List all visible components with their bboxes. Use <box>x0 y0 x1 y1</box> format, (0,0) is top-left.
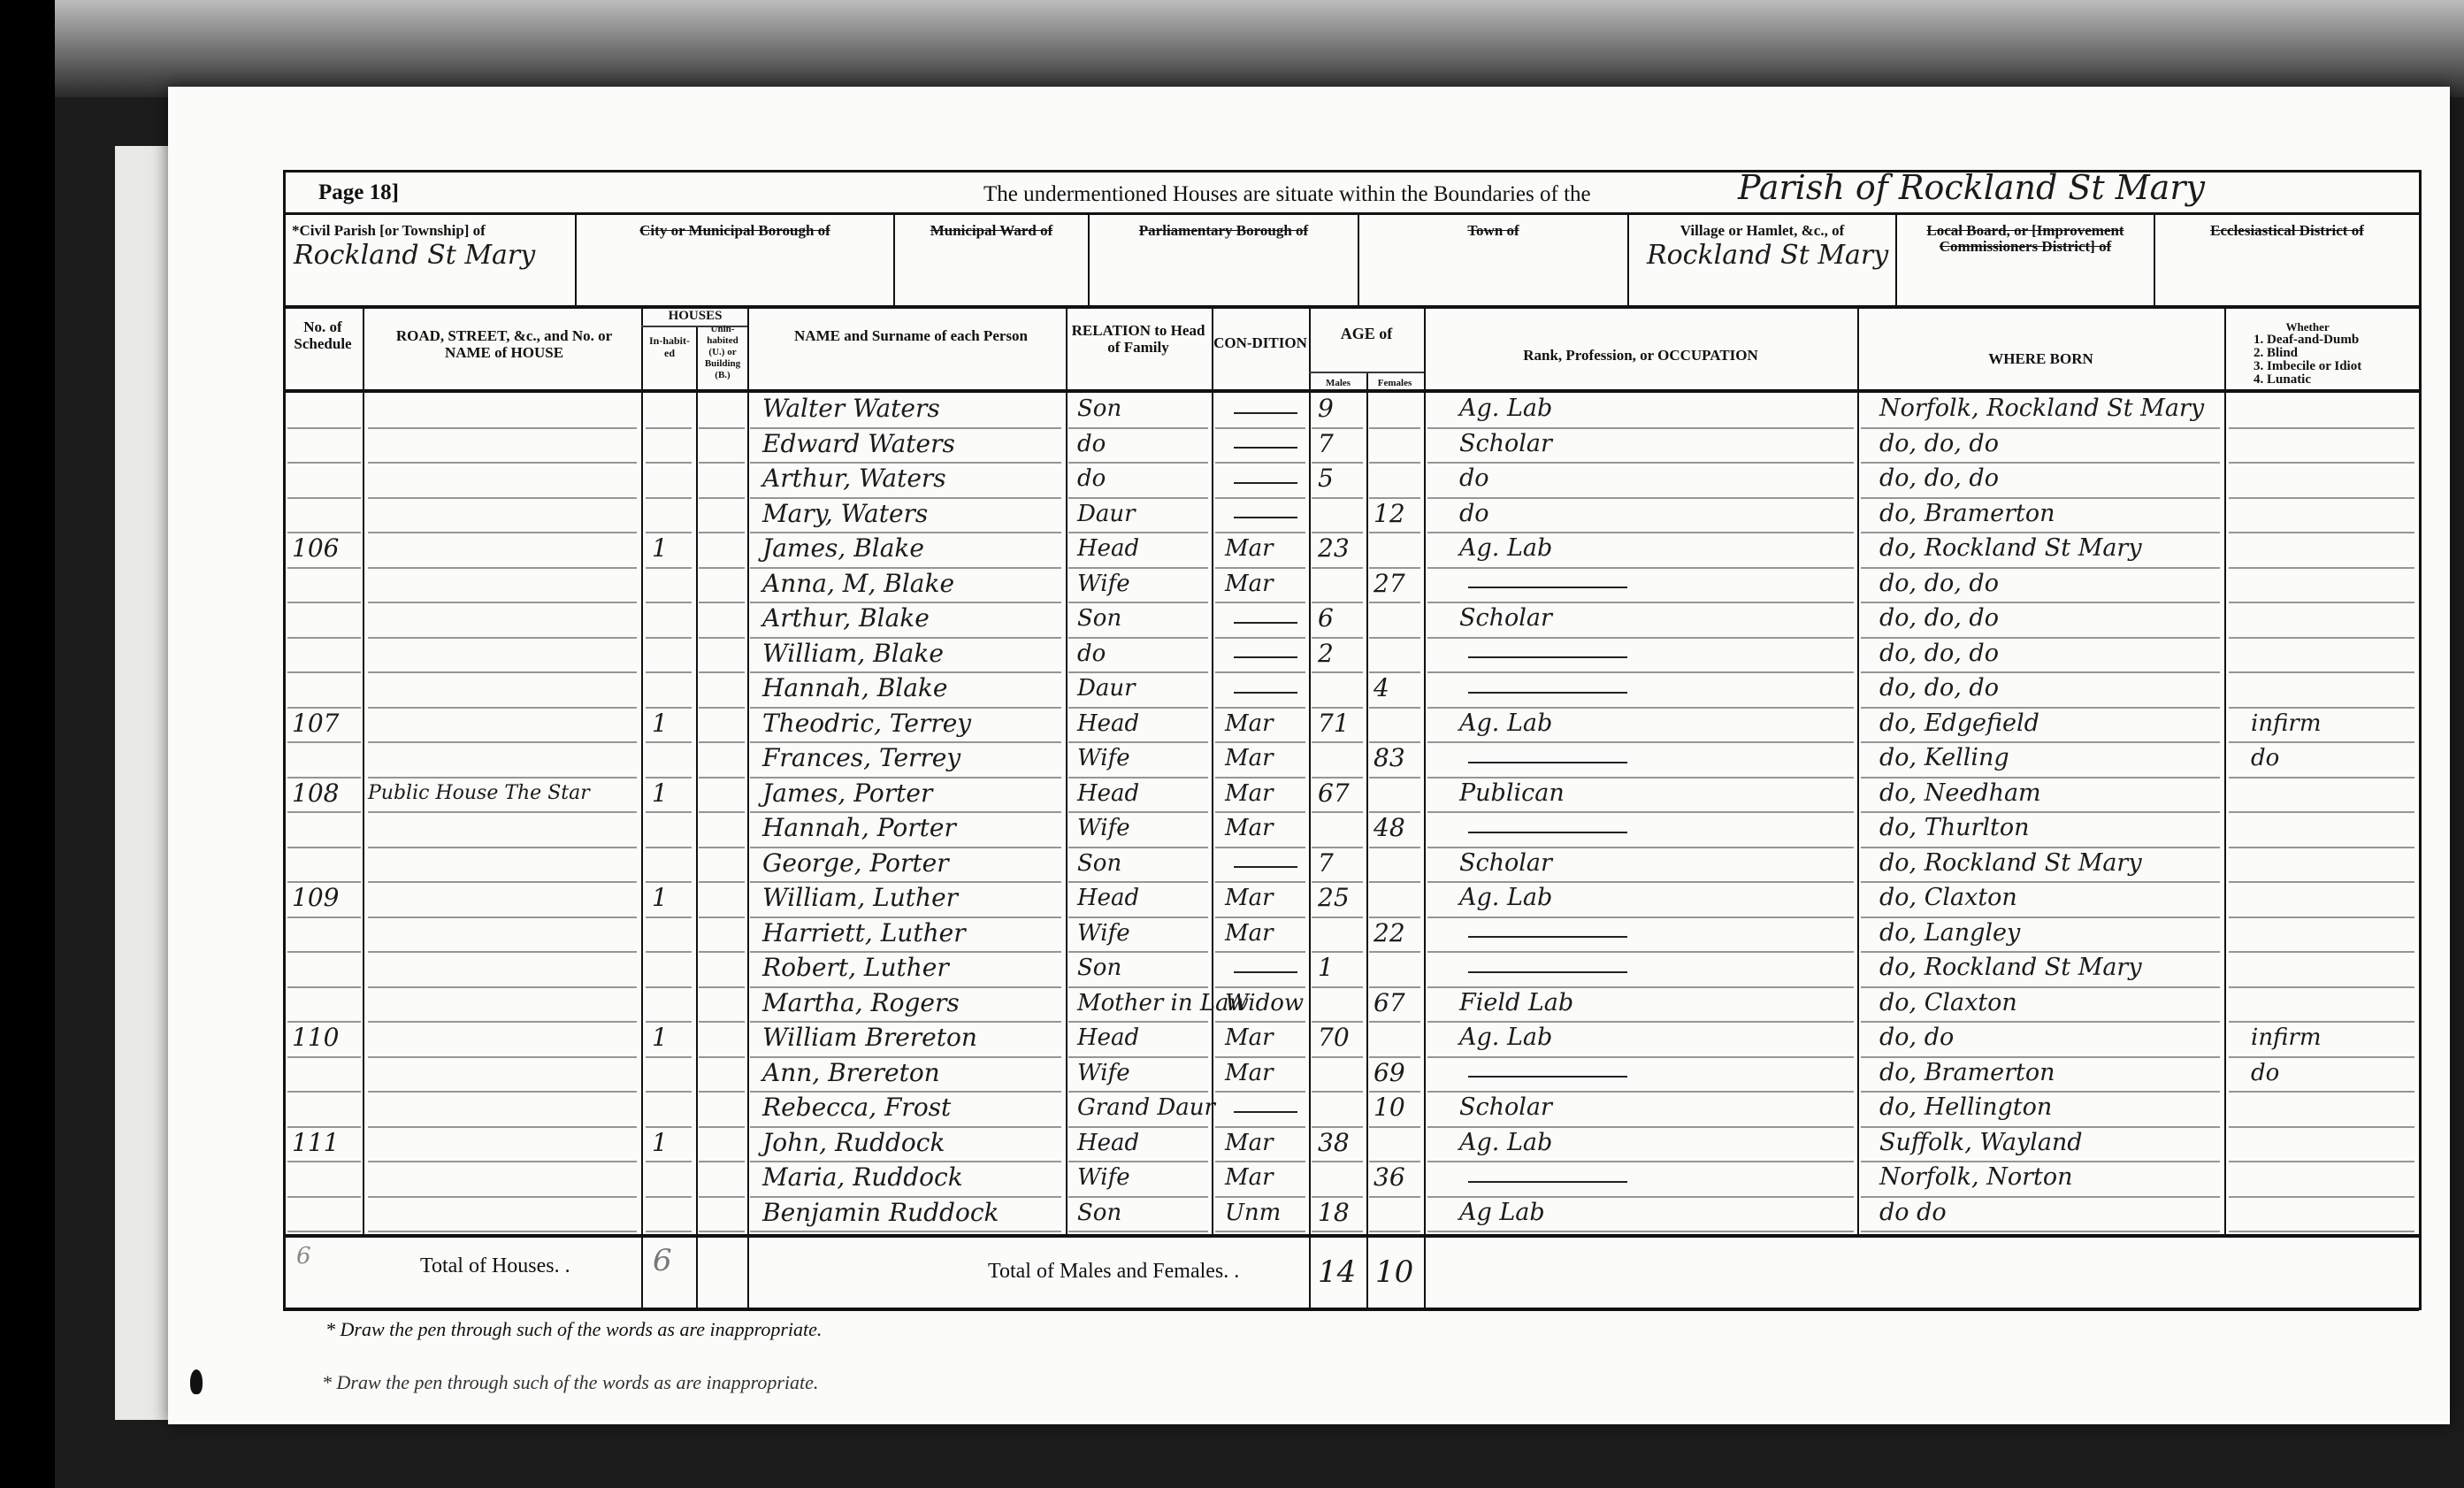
row-rule <box>699 811 745 813</box>
cell-female-age: 36 <box>1374 1162 1419 1193</box>
row-rule <box>287 811 361 813</box>
row-rule <box>368 1161 637 1162</box>
total-persons-label: Total of Males and Females. . <box>988 1260 1239 1284</box>
infirmity-option-3: 3. Imbecile or Idiot <box>2254 360 2361 373</box>
cell-male-age: 25 <box>1318 882 1364 914</box>
col-header-schedule: No. of Schedule <box>285 318 361 352</box>
cell-where-born: do, Edgefield <box>1879 708 2224 740</box>
infirmity-option-4: 4. Lunatic <box>2254 373 2361 387</box>
row-rule <box>1312 567 1363 569</box>
row-rule <box>699 1056 745 1058</box>
total-males: 14 <box>1318 1254 1356 1290</box>
column-rule <box>2154 212 2155 305</box>
table-border-right <box>2419 170 2422 1310</box>
table-row: 1111John, RuddockHeadMar38Ag. LabSuffolk… <box>0 1129 2464 1164</box>
infirmity-title: Whether <box>2254 320 2361 334</box>
cell-schedule: 107 <box>292 708 361 740</box>
page-title: The undermentioned Houses are situate wi… <box>983 182 1591 207</box>
row-rule <box>1427 741 1854 743</box>
row-rule <box>1215 847 1305 848</box>
row-rule <box>1215 1231 1305 1232</box>
location-value <box>1090 239 1358 241</box>
cell-name: Arthur, Blake <box>762 602 1063 634</box>
row-rule <box>699 951 745 953</box>
column-rule <box>363 305 364 1234</box>
column-rule <box>1088 212 1090 305</box>
location-field-0: *Civil Parish [or Township] ofRockland S… <box>285 219 575 303</box>
cell-occupation: Ag. Lab <box>1459 393 1848 425</box>
cell-name: James, Blake <box>762 533 1063 564</box>
row-rule <box>2229 847 2414 848</box>
blank-dash <box>1234 1111 1297 1113</box>
ink-blot <box>190 1369 203 1394</box>
row-rule <box>287 847 361 848</box>
cell-inhabited: 1 <box>652 1127 687 1159</box>
blank-dash <box>1234 447 1297 449</box>
row-rule <box>1312 917 1363 918</box>
cell-condition: Mar <box>1225 812 1306 844</box>
row-rule <box>2229 881 2414 883</box>
cell-condition: Mar <box>1225 882 1306 914</box>
row-rule <box>699 707 745 709</box>
cell-where-born: do, do, do <box>1879 672 2224 704</box>
cell-where-born: do, Rockland St Mary <box>1879 952 2224 984</box>
row-rule <box>287 637 361 639</box>
row-rule <box>699 671 745 673</box>
row-rule <box>1861 1231 2220 1232</box>
blank-dash <box>1468 762 1627 763</box>
row-rule <box>699 881 745 883</box>
cell-infirmity: do <box>2251 742 2410 774</box>
location-value: Rockland St Mary <box>1629 239 1895 271</box>
row-rule <box>1068 1231 1208 1232</box>
cell-occupation: do <box>1459 463 1848 495</box>
table-row: Hannah, PorterWifeMar48do, Thurlton <box>0 814 2464 849</box>
cell-occupation: Scholar <box>1459 428 1848 460</box>
row-rule <box>2229 917 2414 918</box>
row-rule <box>1369 1196 1420 1198</box>
table-row: Anna, M, BlakeWifeMar27do, do, do <box>0 570 2464 605</box>
cell-male-age: 7 <box>1318 848 1364 879</box>
column-rule <box>1627 212 1629 305</box>
cell-where-born: do, do, do <box>1879 602 2224 634</box>
row-rule <box>699 637 745 639</box>
row-rule <box>368 462 637 464</box>
total-houses-label: Total of Houses. . <box>420 1254 570 1278</box>
cell-inhabited: 1 <box>652 708 687 740</box>
column-rule <box>2224 305 2226 1234</box>
row-rule <box>699 986 745 988</box>
cell-schedule: 109 <box>292 882 361 914</box>
row-rule <box>287 671 361 673</box>
column-rule <box>575 212 577 305</box>
location-value <box>1359 239 1627 241</box>
row-rule <box>646 1056 692 1058</box>
row-rule <box>2229 811 2414 813</box>
row-rule <box>368 741 637 743</box>
row-rule <box>1427 637 1854 639</box>
cell-infirmity: infirm <box>2251 1022 2410 1054</box>
col-header-occupation: Rank, Profession, or OCCUPATION <box>1426 347 1856 364</box>
cell-relation: Son <box>1077 848 1210 879</box>
cell-name: Hannah, Porter <box>762 812 1063 844</box>
row-rule <box>2229 427 2414 429</box>
col-header-condition: CON-DITION <box>1213 334 1307 351</box>
cell-where-born: Suffolk, Wayland <box>1879 1127 2224 1159</box>
cell-occupation: Scholar <box>1459 848 1848 879</box>
row-rule <box>368 532 637 533</box>
cell-female-age: 22 <box>1374 917 1419 949</box>
cell-where-born: do, Kelling <box>1879 742 2224 774</box>
row-rule <box>699 1231 745 1232</box>
cell-name: George, Porter <box>762 848 1063 879</box>
col-header-name: NAME and Surname of each Person <box>769 327 1052 344</box>
column-rule <box>1358 212 1359 305</box>
cell-relation: do <box>1077 638 1210 670</box>
row-rule <box>1369 847 1420 848</box>
column-rule <box>893 212 895 305</box>
row-rule <box>1369 602 1420 603</box>
cell-condition: Widow <box>1225 987 1306 1019</box>
blank-dash <box>1234 971 1297 973</box>
cell-where-born: do do <box>1879 1197 2224 1229</box>
blank-dash <box>1468 971 1627 973</box>
cell-where-born: do, Langley <box>1879 917 2224 949</box>
row-rule <box>2229 777 2414 779</box>
cell-name: Maria, Ruddock <box>762 1162 1063 1193</box>
location-value: Rockland St Mary <box>285 239 575 271</box>
row-rule <box>1215 1091 1305 1093</box>
location-label: Local Board, or [Improvement Commissione… <box>1897 219 2154 255</box>
blank-dash <box>1234 622 1297 624</box>
row-rule <box>1215 637 1305 639</box>
column-rule <box>641 305 643 1234</box>
cell-male-age: 7 <box>1318 428 1364 460</box>
row-rule <box>1312 1161 1363 1162</box>
cell-name: Hannah, Blake <box>762 672 1063 704</box>
table-row: 108Public House The Star1James, PorterHe… <box>0 779 2464 815</box>
row-rule <box>646 847 692 848</box>
row-rule <box>287 1196 361 1198</box>
row-rule <box>646 497 692 499</box>
row-rule <box>646 917 692 918</box>
cell-relation: Head <box>1077 533 1210 564</box>
cell-schedule: 111 <box>292 1127 361 1159</box>
blank-dash <box>1234 517 1297 518</box>
row-rule <box>1369 427 1420 429</box>
blank-dash <box>1234 692 1297 694</box>
location-label: Ecclesiastical District of <box>2155 219 2419 239</box>
cell-name: Edward Waters <box>762 428 1063 460</box>
cell-occupation: Scholar <box>1459 1092 1848 1124</box>
col-header-uninhabited: Unin-habited (U.) or Building (B.) <box>698 324 747 381</box>
cell-schedule: 106 <box>292 533 361 564</box>
column-rule <box>1366 1234 1368 1309</box>
cell-condition: Mar <box>1225 917 1306 949</box>
cell-condition: Mar <box>1225 1057 1306 1089</box>
row-rule <box>646 671 692 673</box>
blank-dash <box>1234 482 1297 484</box>
row-rule <box>646 741 692 743</box>
row-rule <box>646 1091 692 1093</box>
column-rule <box>1309 1234 1311 1309</box>
cell-male-age: 5 <box>1318 463 1364 495</box>
cell-female-age: 10 <box>1374 1092 1419 1124</box>
row-rule <box>2229 462 2414 464</box>
cell-where-born: do, Hellington <box>1879 1092 2224 1124</box>
table-row: 1091William, LutherHeadMar25Ag. Labdo, C… <box>0 884 2464 919</box>
row-rule <box>1312 1056 1363 1058</box>
location-value <box>2155 239 2419 241</box>
blank-dash <box>1468 832 1627 833</box>
row-rule <box>1427 1161 1854 1162</box>
cell-name: Ann, Brereton <box>762 1057 1063 1089</box>
cell-female-age: 67 <box>1374 987 1419 1019</box>
row-rule <box>646 427 692 429</box>
row-rule <box>1312 1231 1363 1232</box>
cell-male-age: 71 <box>1318 708 1364 740</box>
column-rule <box>1857 305 1859 1234</box>
cell-condition: Mar <box>1225 1162 1306 1193</box>
cell-relation: Wife <box>1077 1057 1210 1089</box>
table-row: Harriett, LutherWifeMar22do, Langley <box>0 919 2464 955</box>
cell-relation: Wife <box>1077 742 1210 774</box>
location-field-3: Parliamentary Borough of <box>1090 219 1358 303</box>
row-rule <box>646 1196 692 1198</box>
blank-dash <box>1234 412 1297 414</box>
page-number: Page 18] <box>318 180 399 205</box>
cell-male-age: 18 <box>1318 1197 1364 1229</box>
cell-where-born: do, Thurlton <box>1879 812 2224 844</box>
col-header-road: ROAD, STREET, &c., and No. or NAME of HO… <box>371 327 637 361</box>
cell-male-age: 2 <box>1318 638 1364 670</box>
row-rule <box>287 602 361 603</box>
location-label: Municipal Ward of <box>895 219 1088 239</box>
cell-condition: Mar <box>1225 1022 1306 1054</box>
cell-male-age: 23 <box>1318 533 1364 564</box>
cell-name: Martha, Rogers <box>762 987 1063 1019</box>
row-rule <box>2229 1196 2414 1198</box>
cell-female-age: 4 <box>1374 672 1419 704</box>
cell-name: Walter Waters <box>762 393 1063 425</box>
scan-background <box>55 0 2464 97</box>
cell-relation: Head <box>1077 882 1210 914</box>
row-rule <box>368 671 637 673</box>
blank-dash <box>1468 587 1627 588</box>
cell-name: Theodric, Terrey <box>762 708 1063 740</box>
row-rule <box>1369 532 1420 533</box>
cell-where-born: do, do, do <box>1879 428 2224 460</box>
location-field-2: Municipal Ward of <box>895 219 1088 303</box>
table-row: Frances, TerreyWifeMar83do, Kellingdo <box>0 744 2464 779</box>
table-row: 1101William BreretonHeadMar70Ag. Labdo, … <box>0 1024 2464 1059</box>
cell-inhabited: 1 <box>652 778 687 809</box>
cell-name: John, Ruddock <box>762 1127 1063 1159</box>
column-rule <box>1424 1234 1426 1309</box>
cell-condition: Mar <box>1225 568 1306 600</box>
cell-male-age: 6 <box>1318 602 1364 634</box>
location-field-5: Village or Hamlet, &c., ofRockland St Ma… <box>1629 219 1895 303</box>
location-label: Town of <box>1359 219 1627 239</box>
row-rule <box>2229 497 2414 499</box>
row-rule <box>2229 1161 2414 1162</box>
row-rule <box>368 707 637 709</box>
cell-name: Benjamin Ruddock <box>762 1197 1063 1229</box>
boundary-handwritten: Parish of Rockland St Mary <box>1738 168 2205 207</box>
cell-infirmity: do <box>2251 1057 2410 1089</box>
row-rule <box>1369 707 1420 709</box>
row-rule <box>699 532 745 533</box>
cell-relation: do <box>1077 428 1210 460</box>
cell-where-born: do, do, do <box>1879 463 2224 495</box>
location-value <box>1897 255 2154 257</box>
table-row: Martha, RogersMother in LawWidow67Field … <box>0 989 2464 1024</box>
row-rule <box>287 1231 361 1232</box>
table-row: Rebecca, FrostGrand Daur10Scholardo, Hel… <box>0 1093 2464 1129</box>
row-rule <box>287 741 361 743</box>
column-rule <box>641 1234 643 1309</box>
row-rule <box>1427 567 1854 569</box>
cell-name: William Brereton <box>762 1022 1063 1054</box>
cell-male-age: 70 <box>1318 1022 1364 1054</box>
row-rule <box>1427 951 1854 953</box>
row-rule <box>1312 986 1363 988</box>
row-rule <box>287 1091 361 1093</box>
row-rule <box>1369 881 1420 883</box>
cell-inhabited: 1 <box>652 533 687 564</box>
cell-where-born: do, Claxton <box>1879 882 2224 914</box>
cell-occupation: Ag Lab <box>1459 1197 1848 1229</box>
footnote-1: * Draw the pen through such of the words… <box>325 1318 822 1341</box>
row-rule <box>1215 951 1305 953</box>
cell-relation: Son <box>1077 952 1210 984</box>
row-rule <box>1369 1126 1420 1128</box>
location-label: Parliamentary Borough of <box>1090 219 1358 239</box>
row-rule <box>1215 427 1305 429</box>
cell-name: Harriett, Luther <box>762 917 1063 949</box>
column-rule <box>1895 212 1897 305</box>
row-rule <box>1427 917 1854 918</box>
location-label: *Civil Parish [or Township] of <box>285 219 575 239</box>
cell-male-age: 38 <box>1318 1127 1364 1159</box>
cell-inhabited: 1 <box>652 1022 687 1054</box>
row-rule <box>699 1091 745 1093</box>
cell-where-born: Norfolk, Rockland St Mary <box>1879 393 2224 425</box>
cell-name: Robert, Luther <box>762 952 1063 984</box>
row-rule <box>699 847 745 848</box>
table-row: Edward Watersdo7Scholardo, do, do <box>0 430 2464 465</box>
row-rule <box>1215 602 1305 603</box>
row-rule <box>699 741 745 743</box>
blank-dash <box>1468 692 1627 694</box>
total-houses-value: 6 <box>653 1243 672 1278</box>
cell-relation: Head <box>1077 1127 1210 1159</box>
cell-relation: Son <box>1077 393 1210 425</box>
row-rule <box>1312 1091 1363 1093</box>
row-rule <box>368 602 637 603</box>
row-rule <box>2229 986 2414 988</box>
houses-subrule <box>641 326 747 327</box>
row-rule <box>646 567 692 569</box>
row-rule <box>287 497 361 499</box>
cell-condition: Mar <box>1225 742 1306 774</box>
row-rule <box>368 1196 637 1198</box>
table-row: William, Blakedo2do, do, do <box>0 640 2464 675</box>
column-rule <box>1366 372 1368 1234</box>
row-rule <box>750 1231 1061 1232</box>
cell-road: Public House The Star <box>368 778 638 809</box>
row-rule <box>1215 671 1305 673</box>
row-rule <box>287 1056 361 1058</box>
table-row: Robert, LutherSon1do, Rockland St Mary <box>0 954 2464 989</box>
table-row: Ann, BreretonWifeMar69do, Bramertondo <box>0 1059 2464 1094</box>
column-rule <box>747 1234 749 1309</box>
infirmity-option-1: 1. Deaf-and-Dumb <box>2254 334 2361 347</box>
cell-where-born: do, do, do <box>1879 568 2224 600</box>
col-header-relation: RELATION to Head of Family <box>1067 322 1209 356</box>
table-row: Hannah, BlakeDaur4do, do, do <box>0 674 2464 709</box>
row-rule <box>287 951 361 953</box>
row-rule <box>1312 741 1363 743</box>
age-subrule <box>1309 372 1424 373</box>
cell-where-born: do, Needham <box>1879 778 2224 809</box>
row-rule <box>699 462 745 464</box>
cell-inhabited: 1 <box>652 882 687 914</box>
cell-relation: do <box>1077 463 1210 495</box>
cell-name: Mary, Waters <box>762 498 1063 530</box>
cell-where-born: do, Claxton <box>1879 987 2224 1019</box>
cell-name: Anna, M, Blake <box>762 568 1063 600</box>
table-row: Walter WatersSon9Ag. LabNorfolk, Rocklan… <box>0 395 2464 430</box>
column-rule <box>696 327 698 1234</box>
row-rule <box>1427 671 1854 673</box>
row-rule <box>368 1021 637 1023</box>
cell-where-born: do, Bramerton <box>1879 498 2224 530</box>
cell-occupation: Publican <box>1459 778 1848 809</box>
cell-female-age: 83 <box>1374 742 1419 774</box>
table-row: Maria, RuddockWifeMar36Norfolk, Norton <box>0 1163 2464 1199</box>
row-rule <box>287 986 361 988</box>
row-rule <box>699 567 745 569</box>
cell-condition: Mar <box>1225 778 1306 809</box>
cell-condition: Mar <box>1225 533 1306 564</box>
cell-relation: Head <box>1077 708 1210 740</box>
row-rule <box>368 811 637 813</box>
location-value <box>895 239 1088 241</box>
row-rule <box>368 951 637 953</box>
row-rule <box>1369 637 1420 639</box>
location-field-4: Town of <box>1359 219 1627 303</box>
row-rule <box>699 1196 745 1198</box>
column-rule <box>747 305 749 1234</box>
location-label: Village or Hamlet, &c., of <box>1629 219 1895 239</box>
row-rule <box>646 602 692 603</box>
cell-male-age: 9 <box>1318 393 1364 425</box>
total-schedules: 6 <box>296 1243 311 1269</box>
cell-male-age: 67 <box>1318 778 1364 809</box>
row-rule <box>368 1091 637 1093</box>
col-header-houses: HOUSES <box>643 308 747 325</box>
cell-occupation: Scholar <box>1459 602 1848 634</box>
cell-female-age: 48 <box>1374 812 1419 844</box>
row-rule <box>2229 602 2414 603</box>
cell-relation: Wife <box>1077 812 1210 844</box>
row-rule <box>368 881 637 883</box>
row-rule <box>699 602 745 603</box>
cell-relation: Son <box>1077 602 1210 634</box>
cell-relation: Daur <box>1077 672 1210 704</box>
col-header-age: AGE of <box>1311 326 1422 342</box>
